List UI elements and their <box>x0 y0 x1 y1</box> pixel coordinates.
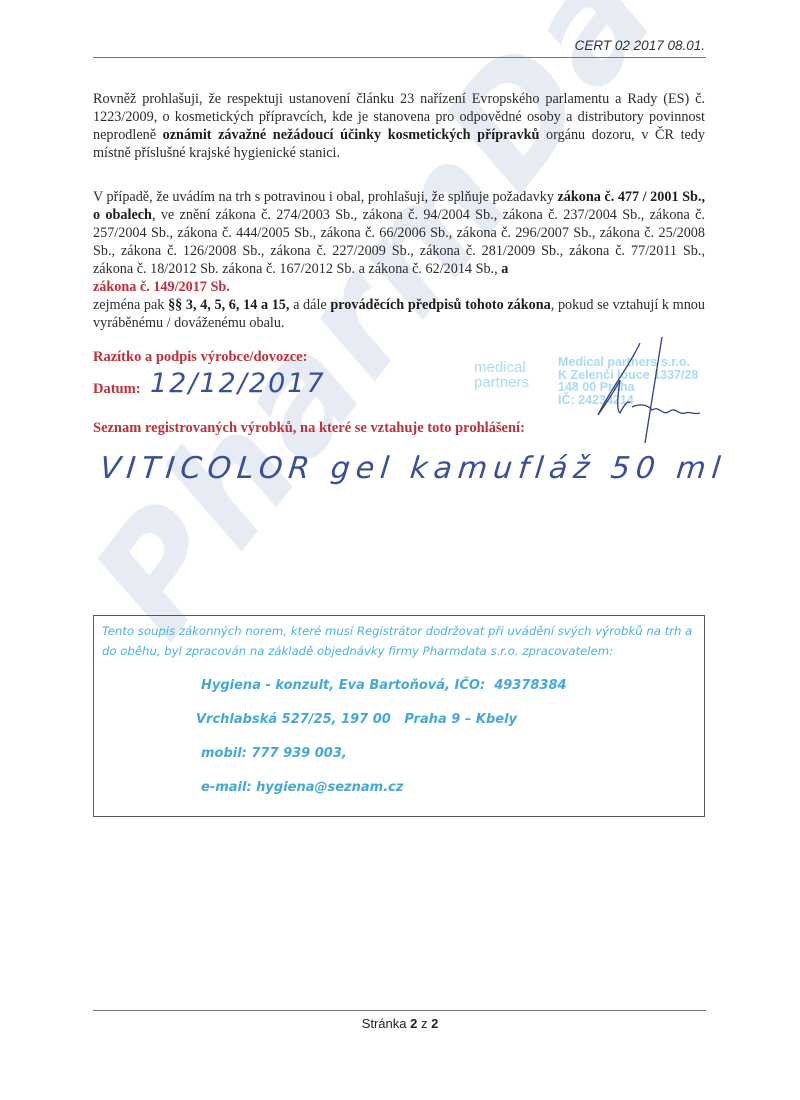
paragraph-cosmetics-declaration: Rovněž prohlašuji, že respektuji ustanov… <box>93 90 705 162</box>
paragraph-packaging-declaration: V případě, že uvádím na trh s potravinou… <box>93 188 705 332</box>
page-number: Stránka 2 z 2 <box>0 1016 800 1031</box>
document-code: CERT 02 2017 08.01. <box>575 38 705 53</box>
processor-address: Vrchlabská 527/25, 197 00 Praha 9 – Kbel… <box>196 712 517 727</box>
page-separator: z <box>417 1016 431 1031</box>
paragraph-text: zejména pak <box>93 297 168 313</box>
paragraph-text: V případě, že uvádím na trh s potravinou… <box>93 189 558 205</box>
processor-email: e-mail: hygiena@seznam.cz <box>201 780 403 795</box>
processor-company: Hygiena - konzult, Eva Bartoňová, IČO: 4… <box>201 678 567 693</box>
stamp-signature-label: Razítko a podpis výrobce/dovozce: <box>93 349 307 366</box>
footer-divider <box>93 1010 706 1011</box>
signature-icon <box>590 335 720 445</box>
paragraph-emphasis: a <box>501 261 508 277</box>
page-total: 2 <box>431 1016 438 1031</box>
processor-info-box: Tento soupis zákonných norem, které musí… <box>93 615 705 817</box>
date-label: Datum: <box>93 381 141 398</box>
paragraph-text: a dále <box>289 297 330 313</box>
page-label: Stránka <box>362 1016 410 1031</box>
paragraph-text: , ve znění zákona č. 274/2003 Sb., zákon… <box>93 207 705 277</box>
paragraph-emphasis: oznámit závažné nežádoucí účinky kosmeti… <box>163 127 540 143</box>
paragraph-emphasis: prováděcích předpisů tohoto zákona <box>330 297 550 313</box>
product-list-label: Seznam registrovaných výrobků, na které … <box>93 420 525 437</box>
header-divider <box>93 57 706 58</box>
info-box-intro: Tento soupis zákonných norem, které musí… <box>102 621 702 661</box>
stamp-logo-line: partners <box>474 375 529 390</box>
stamp-logo: medical partners <box>474 360 529 390</box>
paragraph-emphasis: §§ 3, 4, 5, 6, 14 a 15, <box>168 297 289 313</box>
stamp-logo-line: medical <box>474 360 529 375</box>
handwritten-product: VITICOLOR gel kamufláž 50 ml <box>98 451 728 486</box>
law-reference-highlight: zákona č. 149/2017 Sb. <box>93 279 230 295</box>
handwritten-date: 12/12/2017 <box>150 368 326 399</box>
processor-phone: mobil: 777 939 003, <box>201 746 347 761</box>
